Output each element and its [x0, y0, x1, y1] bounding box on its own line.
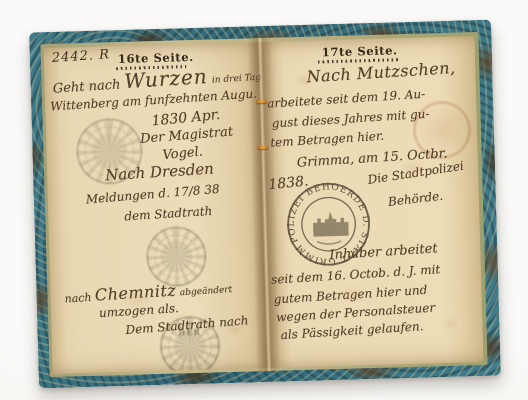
entry-prefix: nach — [64, 291, 92, 306]
handwritten-line: umzogen als. — [99, 301, 180, 320]
destination-wurzen: Wurzen — [124, 64, 209, 93]
binding-stitch — [257, 146, 268, 149]
handwritten-line: arbeitete seit dem 19. Au- — [267, 87, 426, 111]
ink-stamp-red-faint — [412, 100, 472, 160]
handwritten-line: gust dieses Jahres mit gu- — [271, 107, 429, 131]
binding-stitch — [256, 100, 267, 103]
handwritten-line: tem Betragen hier. — [270, 129, 385, 150]
right-page-header: 17te Seite. — [322, 43, 398, 59]
page-number-note: 2442. R — [51, 47, 110, 66]
stamp-text-fragment: DER — [178, 327, 201, 338]
photo-background: 2442. R 16te Seite. Geht nach Wurzen in … — [0, 0, 528, 400]
ink-stamp-dresden — [146, 226, 208, 288]
left-page: 2442. R 16te Seite. Geht nach Wurzen in … — [44, 42, 269, 374]
entry-prefix: Geht nach — [52, 77, 120, 96]
right-page: 17te Seite. Nach Mutzschen, arbeitete se… — [259, 36, 483, 368]
authority-line: Behörde. — [387, 189, 443, 209]
handwritten-line: dem Stadtrath — [124, 204, 213, 224]
travel-book: 2442. R 16te Seite. Geht nach Wurzen in … — [29, 20, 501, 389]
page-block: 2442. R 16te Seite. Geht nach Wurzen in … — [40, 32, 487, 377]
entry-suffix: abgeändert — [180, 285, 233, 298]
handwritten-line: Meldungen d. 17/8 38 — [85, 182, 220, 207]
left-page-header: 16te Seite. — [118, 50, 194, 66]
